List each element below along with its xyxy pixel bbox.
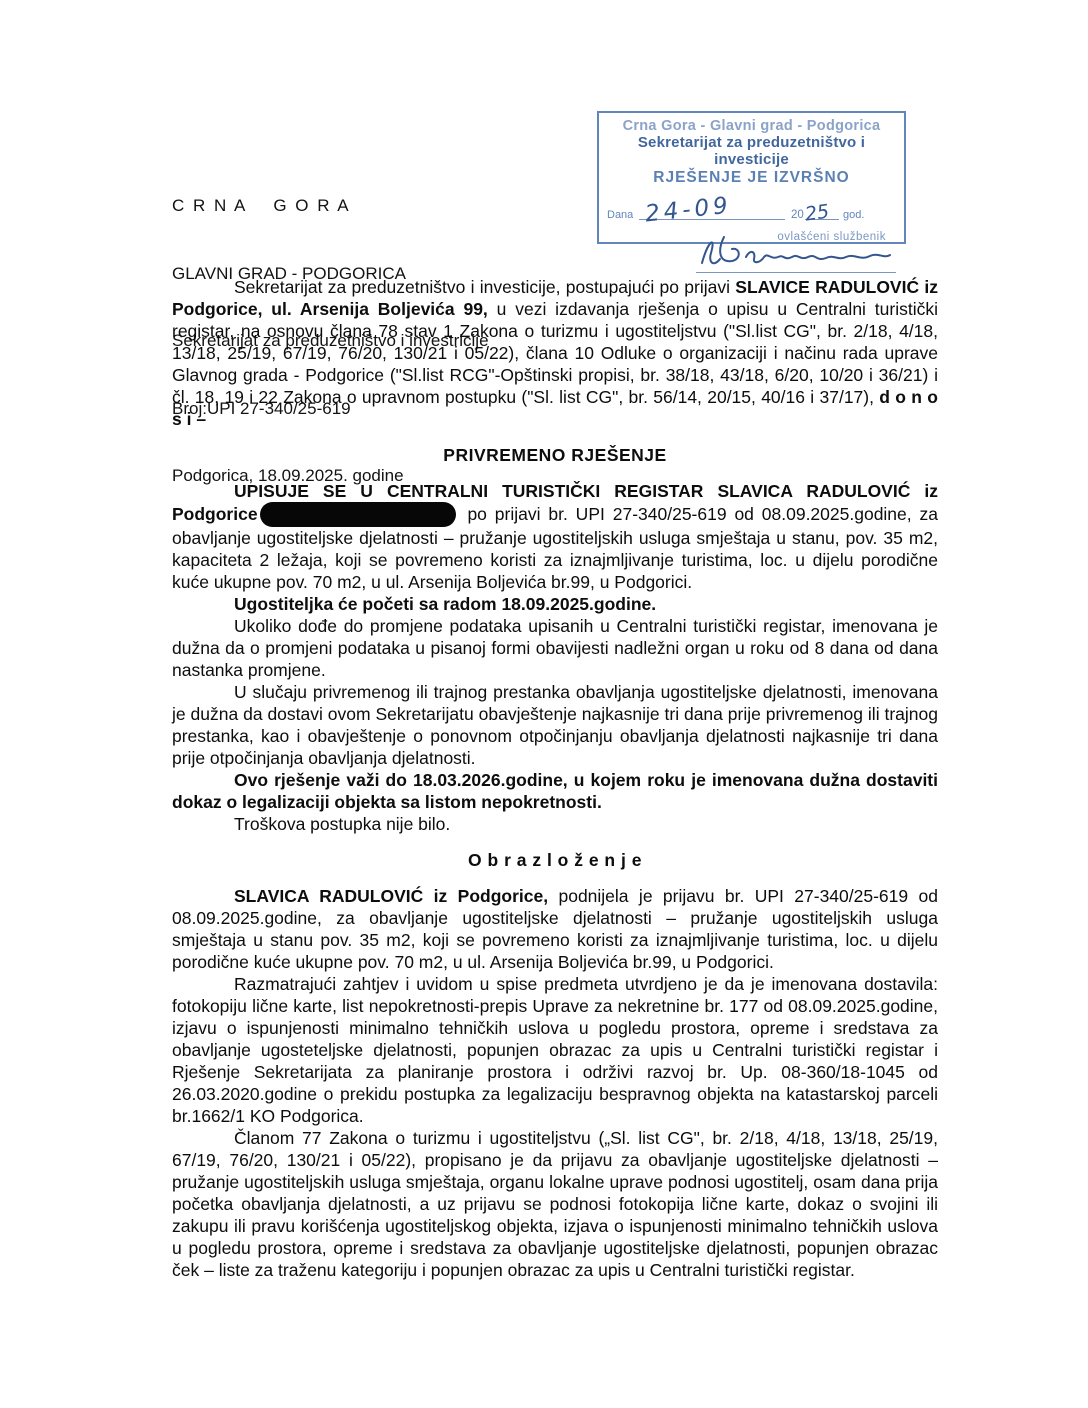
paragraph-costs: Troškova postupka nije bilo. [172, 813, 938, 835]
paragraph-law-article-77: Članom 77 Zakona o turizmu i ugostiteljs… [172, 1127, 938, 1281]
paragraph-application: SLAVICA RADULOVIĆ iz Podgorice, podnijel… [172, 885, 938, 973]
paragraph-evidence: Razmatrajući zahtjev i uvidom u spise pr… [172, 973, 938, 1127]
stamp-handwritten-date: 24-09 [644, 193, 733, 228]
stamp-god-label: god. [843, 209, 864, 221]
paragraph-start-date: Ugostiteljka će početi sa radom 18.09.20… [172, 593, 938, 615]
stamp-authority-line: Crna Gora - Glavni grad - Podgorica [605, 118, 898, 134]
stamp-handwritten-year: 25 [804, 200, 831, 225]
letterhead-country: C R N A G O R A [172, 195, 489, 218]
enforcement-stamp: Crna Gora - Glavni grad - Podgorica Sekr… [597, 111, 906, 244]
heading-obrazlozenje: O b r a z l o ž e n j e [172, 849, 938, 871]
paragraph-cessation-notice: U slučaju privremenog ili trajnog presta… [172, 681, 938, 769]
paragraph-registration: UPISUJE SE U CENTRALNI TURISTIČKI REGIST… [172, 480, 938, 593]
stamp-dana-label: Dana [607, 209, 633, 221]
stamp-signature-underline [696, 271, 896, 273]
text-run: Ugostiteljka će početi sa radom [234, 594, 501, 614]
redaction-bar [260, 502, 456, 527]
text-run: Sekretarijat za preduzetništvo i investi… [234, 277, 735, 297]
heading-privremeno-rjesenje: PRIVREMENO RJEŠENJE [172, 444, 938, 466]
paragraph-preamble: Sekretarijat za preduzetništvo i investi… [172, 276, 938, 430]
applicant-bold: SLAVICA RADULOVIĆ iz Podgorice, [234, 886, 548, 906]
paragraph-validity: Ovo rješenje važi do 18.03.2026.godine, … [172, 769, 938, 813]
stamp-secretariat-line: Sekretarijat za preduzetništvo i investi… [605, 134, 898, 168]
document-page: C R N A G O R A GLAVNI GRAD - PODGORICA … [0, 0, 1088, 1408]
document-body: Sekretarijat za preduzetništvo i investi… [172, 276, 938, 1281]
paragraph-change-notice: Ukoliko dođe do promjene podataka upisan… [172, 615, 938, 681]
stamp-executory-line: RJEŠENJE JE IZVRŠNO [605, 169, 898, 187]
validity-bold: Ovo rješenje važi do 18.03.2026.godine, … [172, 770, 938, 812]
stamp-date-row: Dana 24-09 20 25 god. [605, 201, 898, 223]
stamp-signature-row: ovlašćeni službenik [605, 225, 898, 277]
stamp-year-prefix: 20 [791, 209, 804, 221]
start-date-bold: 18.09.2025.godine. [501, 594, 656, 614]
